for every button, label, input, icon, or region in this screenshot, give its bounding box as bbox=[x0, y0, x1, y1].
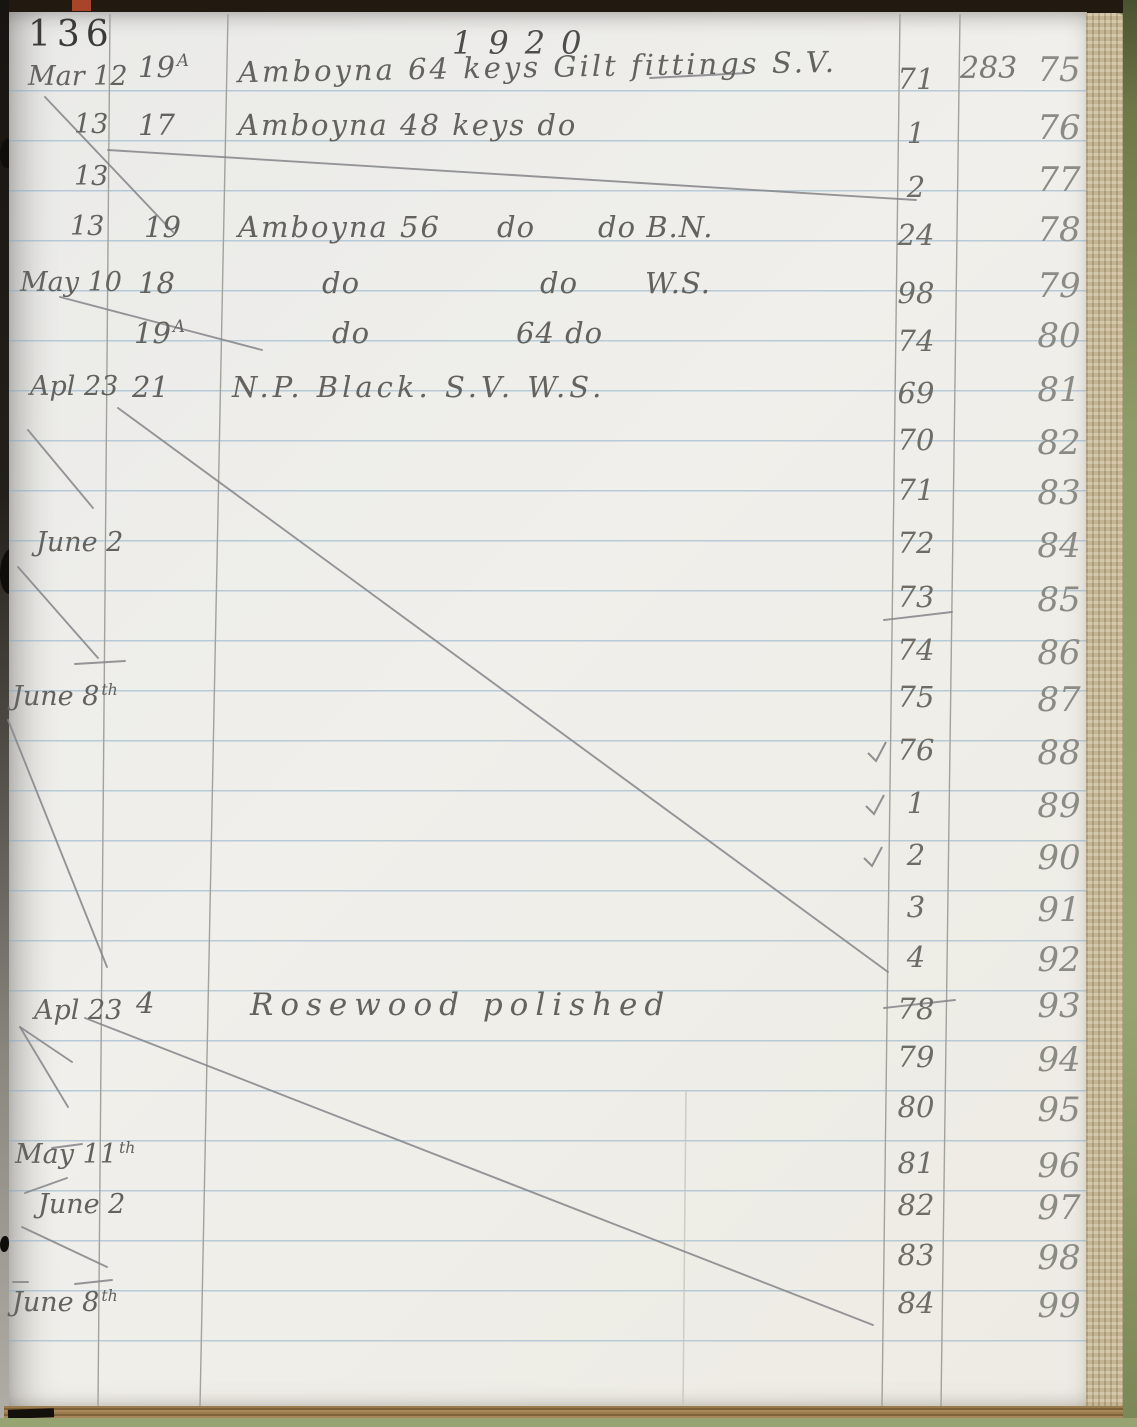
date-cell: June 8th bbox=[12, 1288, 118, 1318]
ledger-row: May 10 18 do do W.S. 98 79 bbox=[0, 268, 1137, 318]
serial-cell: 74 bbox=[886, 635, 946, 667]
ledger-row: 13 19 Amboyna 56 do do B.N. 24 78 bbox=[0, 212, 1137, 262]
date-text: June 8 bbox=[12, 681, 99, 712]
serial-cell: 82 bbox=[886, 1190, 946, 1222]
serial-cell: 72 bbox=[886, 528, 946, 560]
ledger-row: 290 bbox=[0, 840, 1137, 890]
serial-cell: 2 bbox=[886, 840, 946, 872]
page-serial-cell: 91 bbox=[1026, 892, 1092, 929]
serial-cell: 81 bbox=[886, 1148, 946, 1180]
ledger-row: June 2 82 97 bbox=[0, 1190, 1137, 1240]
ref-cell: 19A bbox=[134, 318, 185, 350]
page-serial-cell: 81 bbox=[1026, 372, 1092, 409]
ledger-row: 7082 bbox=[0, 425, 1137, 475]
page-serial-cell: 87 bbox=[1026, 682, 1092, 719]
ref-cell: 4 bbox=[136, 988, 154, 1020]
desc-cell: N.P. Black. S.V. W.S. bbox=[232, 372, 605, 404]
binding-red-mark bbox=[72, 0, 91, 11]
page-serial-cell: 80 bbox=[1026, 318, 1092, 355]
ledger-row: 13 17 Amboyna 48 keys do 1 76 bbox=[0, 110, 1137, 160]
serial-cell: 71 bbox=[886, 64, 946, 96]
ledger-row: June 8th 84 99 bbox=[0, 1288, 1137, 1338]
date-cell: June 2 bbox=[36, 528, 123, 558]
ledger-row: 391 bbox=[0, 892, 1137, 942]
ref-cell: 19 bbox=[144, 212, 181, 244]
ref-cell: 17 bbox=[138, 110, 175, 142]
page-serial-cell: 96 bbox=[1026, 1148, 1092, 1185]
serial-cell: 69 bbox=[886, 378, 946, 410]
ref-cell: 19A bbox=[138, 52, 189, 84]
page-serial-cell: 85 bbox=[1026, 582, 1092, 619]
desc-part: do bbox=[322, 268, 360, 300]
ledger-row: Apl 23 4 Rosewood polished 78 93 bbox=[0, 988, 1137, 1038]
ref-sup: A bbox=[173, 316, 185, 336]
page-serial-cell: 98 bbox=[1026, 1240, 1092, 1277]
ref-cell: 21 bbox=[132, 372, 169, 404]
date-cell: June 2 bbox=[38, 1190, 125, 1220]
ledger-row: 7183 bbox=[0, 475, 1137, 525]
page-serial-cell: 78 bbox=[1026, 212, 1092, 249]
serial-cell: 78 bbox=[886, 994, 946, 1026]
page-serial-cell: 99 bbox=[1026, 1288, 1092, 1325]
ledger-row: 13 2 77 bbox=[0, 162, 1137, 212]
serial-cell: 80 bbox=[886, 1092, 946, 1124]
desc-cell: Amboyna 64 keys Gilt fittings S.V. bbox=[238, 47, 838, 89]
serial-cell: 79 bbox=[886, 1042, 946, 1074]
page-serial-cell: 84 bbox=[1026, 528, 1092, 565]
desc-part: Amboyna 56 bbox=[238, 212, 441, 244]
ledger-row: Apl 23 21 N.P. Black. S.V. W.S. 69 81 bbox=[0, 372, 1137, 422]
page-serial-cell: 86 bbox=[1026, 635, 1092, 672]
date-cell: Mar 12 bbox=[28, 62, 128, 92]
page-serial-cell: 77 bbox=[1026, 162, 1092, 199]
serial-cell: 1 bbox=[886, 788, 946, 820]
page-serial-cell: 79 bbox=[1026, 268, 1092, 305]
page-serial-cell: 89 bbox=[1026, 788, 1092, 825]
ledger-row: 19A do 64 do 74 80 bbox=[0, 318, 1137, 368]
serial-cell: 70 bbox=[886, 425, 946, 457]
ref-text: 19 bbox=[138, 50, 175, 84]
date-cell: Apl 23 bbox=[34, 996, 122, 1026]
date-text: Mar 12 bbox=[28, 61, 128, 92]
page-serial-cell: 75 bbox=[1026, 52, 1092, 89]
date-cell: May 10 bbox=[20, 268, 122, 298]
desc-part: do bbox=[332, 318, 370, 350]
date-cell: June 8th bbox=[12, 682, 118, 712]
ledger-row: May 11th 81 96 bbox=[0, 1140, 1137, 1190]
ledger-row: Mar 12 19A Amboyna 64 keys Gilt fittings… bbox=[0, 52, 1137, 102]
serial-cell: 3 bbox=[886, 892, 946, 924]
desc-cell: Amboyna 48 keys do bbox=[238, 110, 577, 142]
desc-part: do B.N. bbox=[598, 212, 714, 244]
serial-cell: 1 bbox=[886, 118, 946, 150]
ledger-row: 189 bbox=[0, 788, 1137, 838]
page-serial-cell: 76 bbox=[1026, 110, 1092, 147]
ledger-row: 8095 bbox=[0, 1092, 1137, 1142]
ledger-row: 7385 bbox=[0, 582, 1137, 632]
cover-bottom-edge bbox=[0, 1418, 1137, 1427]
ledger-row: June 2 72 84 bbox=[0, 528, 1137, 578]
ledger-row: 492 bbox=[0, 942, 1137, 992]
serial-cell: 4 bbox=[886, 942, 946, 974]
page-serial-cell: 82 bbox=[1026, 425, 1092, 462]
page-serial-cell: 83 bbox=[1026, 475, 1092, 512]
page-serial-cell: 88 bbox=[1026, 735, 1092, 772]
date-sup: th bbox=[101, 1286, 117, 1305]
serial-cell: 2 bbox=[886, 172, 946, 204]
page-serial-cell: 95 bbox=[1026, 1092, 1092, 1129]
ref-sup: A bbox=[177, 50, 189, 70]
page-serial-cell: 94 bbox=[1026, 1042, 1092, 1079]
serial-cell: 74 bbox=[886, 326, 946, 358]
desc-part: do bbox=[497, 212, 535, 244]
ledger-row: 7486 bbox=[0, 635, 1137, 685]
serial-cell: 76 bbox=[886, 735, 946, 767]
page-serial-cell: 90 bbox=[1026, 840, 1092, 877]
ref-cell: 18 bbox=[138, 268, 175, 300]
serial-cell: 71 bbox=[886, 475, 946, 507]
serial-cell: 24 bbox=[886, 220, 946, 252]
date-cell: 13 bbox=[74, 110, 108, 140]
date-text: May 11 bbox=[15, 1139, 117, 1170]
date-cell: May 11th bbox=[15, 1140, 135, 1170]
ledger-row: June 8th 75 87 bbox=[0, 682, 1137, 732]
desc-cell: Rosewood polished bbox=[250, 988, 671, 1022]
desc-part: 64 do bbox=[516, 318, 603, 350]
serial-cell: 83 bbox=[886, 1240, 946, 1272]
desc-part: do bbox=[540, 268, 578, 300]
serial-prefix: 283 bbox=[960, 52, 1017, 85]
serial-cell: 75 bbox=[886, 682, 946, 714]
date-cell: 13 bbox=[74, 162, 108, 192]
ledger-photo: 136 1920 Mar 12 19A Amboyna 64 keys Gilt… bbox=[0, 0, 1137, 1427]
serial-cell: 98 bbox=[886, 278, 946, 310]
date-cell: 13 bbox=[70, 212, 104, 242]
serial-cell: 84 bbox=[886, 1288, 946, 1320]
page-serial-cell: 92 bbox=[1026, 942, 1092, 979]
page-number: 136 bbox=[28, 14, 115, 55]
serial-cell: 73 bbox=[886, 582, 946, 614]
ref-text: 19 bbox=[134, 316, 171, 350]
date-sup: th bbox=[119, 1138, 135, 1157]
ledger-row: 8398 bbox=[0, 1240, 1137, 1290]
page-serial-cell: 97 bbox=[1026, 1190, 1092, 1227]
ledger-row: 7994 bbox=[0, 1042, 1137, 1092]
ledger-row: 7688 bbox=[0, 735, 1137, 785]
date-text: June 8 bbox=[12, 1287, 99, 1318]
desc-part: W.S. bbox=[645, 268, 711, 300]
date-cell: Apl 23 bbox=[30, 372, 118, 402]
date-sup: th bbox=[101, 680, 117, 699]
page-serial-cell: 93 bbox=[1026, 988, 1092, 1025]
